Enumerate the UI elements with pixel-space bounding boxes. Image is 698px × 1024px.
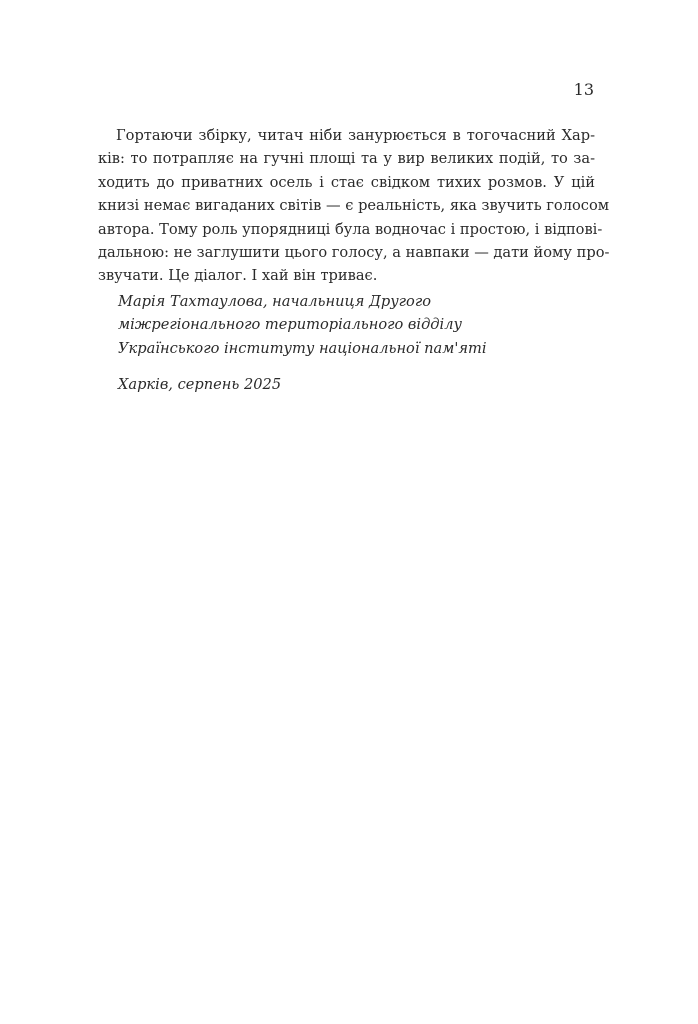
paragraph-line: книзі немає вигаданих світів — є реальні… (98, 194, 595, 217)
body-paragraph: Гортаючи збірку, читач ніби занурюється … (116, 124, 595, 288)
page-number: 13 (574, 80, 594, 99)
signature-line: міжрегіонального територіального відділу (118, 313, 487, 336)
author-signature: Марія Тахтаулова, начальниця Другого між… (118, 290, 487, 360)
paragraph-line: ків: то потрапляє на гучні площі та у ви… (98, 147, 595, 170)
paragraph-line: звучати. Це діалог. І хай він триває. (98, 264, 595, 287)
paragraph-line: ходить до приватних осель і стає свідком… (98, 171, 595, 194)
paragraph-line: дальною: не заглушити цього голосу, а на… (98, 241, 595, 264)
place-date: Харків, серпень 2025 (118, 373, 281, 396)
paragraph-line: Гортаючи збірку, читач ніби занурюється … (116, 124, 595, 147)
paragraph-line: автора. Тому роль упорядниці була водноч… (98, 218, 595, 241)
paragraph-line-text: Гортаючи збірку, читач ніби занурюється … (116, 127, 595, 144)
signature-line: Українського інституту національної пам'… (118, 337, 487, 360)
signature-line: Марія Тахтаулова, начальниця Другого (118, 290, 487, 313)
